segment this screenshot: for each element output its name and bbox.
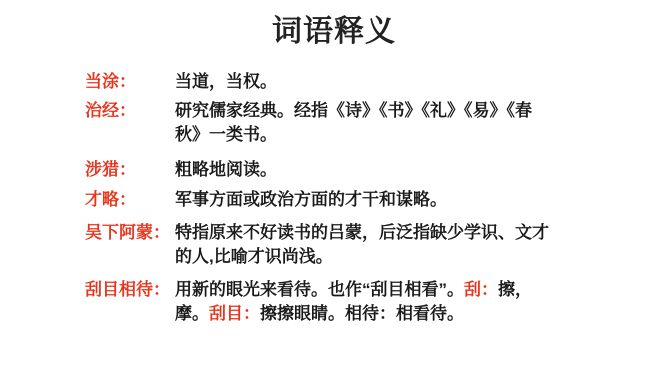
definition-list: 当涂：当道，当权。治经：研究儒家经典。经指《诗》《书》《礼》《易》《春 秋》一类… <box>85 70 605 326</box>
definition-segment: 研究儒家经典。经指《诗》《书》《礼》《易》《春 秋》一类书。 <box>175 101 532 144</box>
definition-text: 军事方面或政治方面的才干和谋略。 <box>175 188 599 212</box>
definition-row: 当涂：当道，当权。 <box>85 70 605 94</box>
term-label: 才略： <box>85 188 175 212</box>
definition-highlight: 刮目： <box>209 304 260 323</box>
definition-text: 用新的眼光来看待。也作“刮目相看”。刮：擦， 摩。刮目：擦擦眼睛。相待：相看待。 <box>175 278 599 326</box>
definition-segment: 粗略地阅读。 <box>175 160 277 179</box>
term-label: 当涂： <box>85 70 175 94</box>
definition-row: 刮目相待：用新的眼光来看待。也作“刮目相看”。刮：擦， 摩。刮目：擦擦眼睛。相待… <box>85 278 605 326</box>
definition-segment: 当道，当权。 <box>175 72 277 91</box>
definition-segment: 用新的眼光来看待。也作“刮目相看”。 <box>175 280 464 299</box>
definition-segment: 军事方面或政治方面的才干和谋略。 <box>175 190 447 209</box>
term-label: 涉猎： <box>85 158 175 182</box>
definition-segment: 特指原来不好读书的吕蒙，后泛指缺少学识、文才 的人,比喻才识尚浅。 <box>175 223 549 266</box>
definition-row: 涉猎：粗略地阅读。 <box>85 158 605 182</box>
term-label: 治经： <box>85 99 175 123</box>
definition-text: 当道，当权。 <box>175 70 599 94</box>
definition-text: 特指原来不好读书的吕蒙，后泛指缺少学识、文才 的人,比喻才识尚浅。 <box>175 221 599 269</box>
term-label: 吴下阿蒙： <box>85 221 175 245</box>
definition-highlight: 刮： <box>464 280 498 299</box>
definition-text: 粗略地阅读。 <box>175 158 599 182</box>
definition-row: 吴下阿蒙：特指原来不好读书的吕蒙，后泛指缺少学识、文才 的人,比喻才识尚浅。 <box>85 221 605 269</box>
definition-row: 才略：军事方面或政治方面的才干和谋略。 <box>85 188 605 212</box>
term-label: 刮目相待： <box>85 278 175 302</box>
definition-segment: 擦擦眼睛。相待：相看待。 <box>260 304 464 323</box>
slide: 词语释义 当涂：当道，当权。治经：研究儒家经典。经指《诗》《书》《礼》《易》《春… <box>0 0 668 376</box>
definition-text: 研究儒家经典。经指《诗》《书》《礼》《易》《春 秋》一类书。 <box>175 99 599 147</box>
definition-row: 治经：研究儒家经典。经指《诗》《书》《礼》《易》《春 秋》一类书。 <box>85 99 605 147</box>
page-title: 词语释义 <box>0 6 668 50</box>
